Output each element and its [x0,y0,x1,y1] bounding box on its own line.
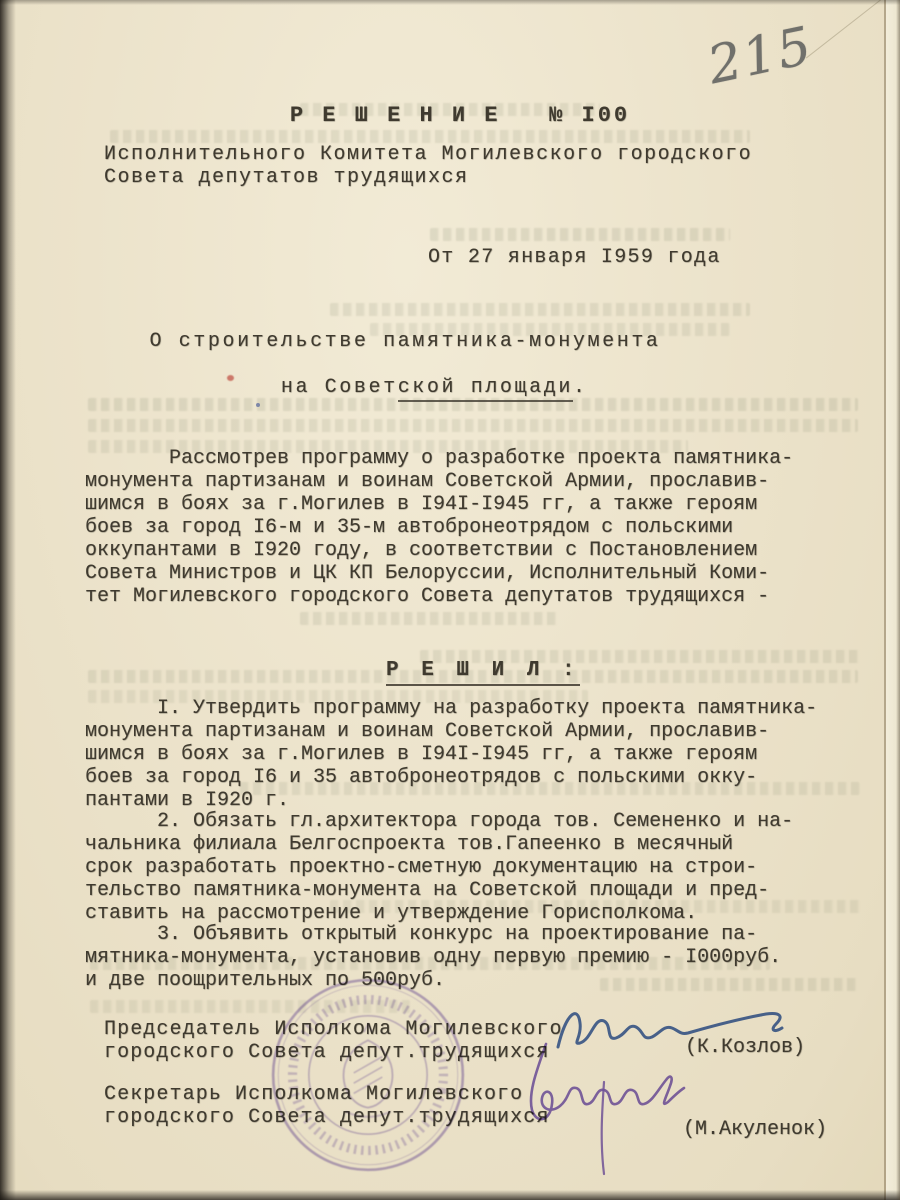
bleed-through-line [330,303,750,316]
item2-line: тельство памятника-монумента на Советско… [85,879,769,902]
ink-speck [256,403,260,407]
subject-line2-post: . [573,376,588,399]
resolved-heading: Р Е Ш И Л : [386,659,580,686]
official-stamp [266,973,470,1177]
preamble-line: Рассмотрев программу о разработке проект… [85,447,793,470]
scan-edge-left [0,0,16,1200]
item1-line: монумента партизанам и воинам Советской … [85,720,769,743]
preamble-line: шимся в боях за г.Могилев в I94I-I945 гг… [85,493,757,516]
preamble-line: Совета Министров и ЦК КП Белоруссии, Исп… [85,562,769,585]
subject-line2-pre: на Совет [281,376,398,399]
bleed-through-line [110,130,750,143]
item3-line: мятника-монумента, установив одну первую… [85,946,781,969]
item1-line: I. Утвердить программу на разработку про… [85,697,817,720]
decision-title: Р Е Ш Е Н И Е № I00 [105,104,815,127]
paper-crease [806,0,882,58]
org-name-line2: Совета депутатов трудящихся [104,166,469,189]
page-number: 215 [703,16,818,97]
bleed-through-line [300,612,560,625]
subject-line2: на Советской площади. [85,353,725,422]
preamble-line: боев за город I6-м и 35-м автобронеотряд… [85,516,733,539]
item2-line: чальника филиала Белгоспроекта тов.Гапее… [85,833,733,856]
item1-line: боев за город I6 и 35 автобронеотрядов с… [85,766,757,789]
item2-line: ставить на рассмотрение и утверждение Го… [85,902,697,925]
org-name-line1: Исполнительного Комитета Могилевского го… [104,143,752,166]
preamble-line: монумента партизанам и воинам Советской … [85,470,769,493]
scan-edge-bottom [0,1190,900,1200]
fold-line [884,0,886,1200]
item3-line: 3. Объявить открытый конкурс на проектир… [85,923,757,946]
subject-line1: О строительстве памятника-монумента [85,330,725,353]
preamble-line: тет Могилевского городского Совета депут… [85,585,769,608]
decision-date: От 27 января I959 года [428,246,721,269]
signature-akulenok-ink [512,1042,752,1182]
subject-line2-underlined: ской площади [398,376,573,402]
item2-line: 2. Обязать гл.архитектора города тов. Се… [85,810,793,833]
document-page: 215 Р Е Ш Е Н И Е № I00 Исполнительного … [0,0,900,1200]
scan-edge-top [0,0,900,5]
ink-speck [227,375,234,381]
scan-edge-right [896,0,900,1200]
item2-line: срок разработать проектно-сметную докуме… [85,856,757,879]
bleed-through-line [430,228,730,241]
item1-line: шимся в боях за г.Могилев в I94I-I945 гг… [85,743,757,766]
preamble-line: оккупантами в I920 году, в соответствии … [85,539,757,562]
item1-line: пантами в I920 г. [85,789,289,812]
